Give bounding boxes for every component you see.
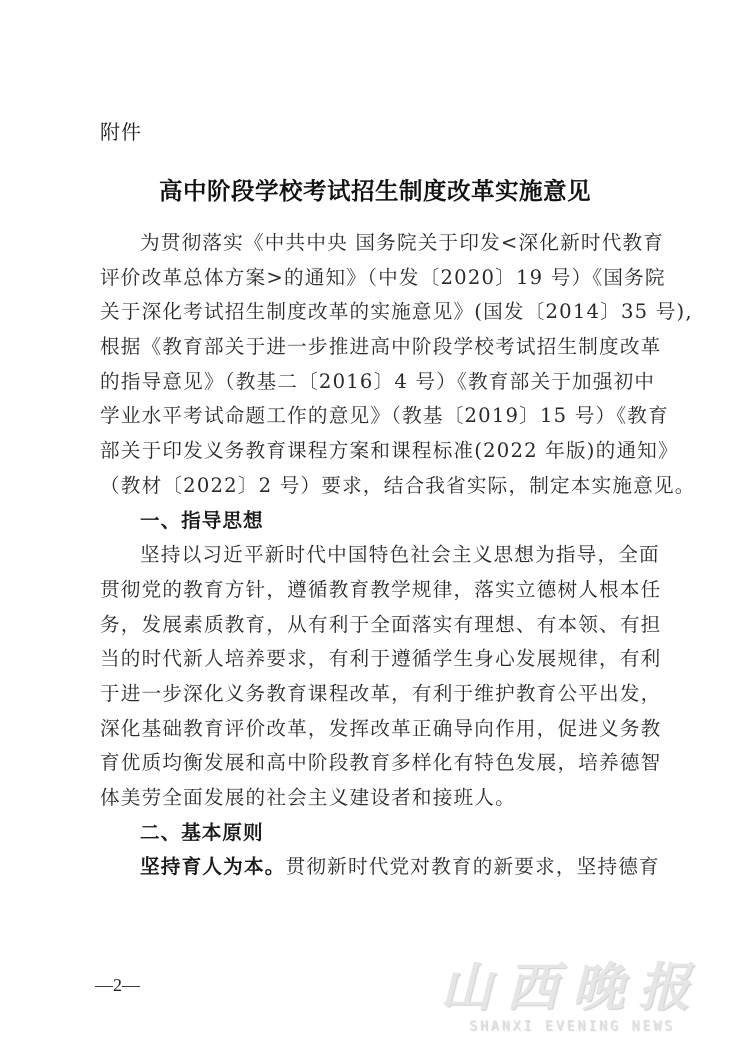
intro-line: 关于深化考试招生制度改革的实施意见》(国发〔2014〕35 号),: [100, 295, 645, 330]
document-body: 为贯彻落实《中共中央 国务院关于印发<深化新时代教育 评价改革总体方案>的通知》…: [100, 226, 645, 885]
section1-line: 坚持以习近平新时代中国特色社会主义思想为指导，全面: [100, 538, 645, 573]
watermark-logo-text: 山西晚报: [422, 958, 722, 1018]
newspaper-watermark: 山西晚报 SHANXI EVENING NEWS: [422, 958, 722, 1036]
principle-lead-bold: 坚持育人为本。: [140, 855, 286, 878]
section-heading-basic-principles: 二、基本原则: [100, 816, 645, 851]
attachment-label: 附件: [100, 116, 142, 145]
section1-line: 深化基础教育评价改革，发挥改革正确导向作用，促进义务教: [100, 712, 645, 747]
watermark-subtitle: SHANXI EVENING NEWS: [422, 1018, 722, 1036]
section1-line: 贯彻党的教育方针，遵循教育教学规律，落实立德树人根本任: [100, 573, 645, 608]
intro-line: 学业水平考试命题工作的意见》（教基〔2019〕15 号）《教育: [100, 399, 645, 434]
section1-line: 于进一步深化义务教育课程改革，有利于维护教育公平出发，: [100, 677, 645, 712]
intro-line: 根据《教育部关于进一步推进高中阶段学校考试招生制度改革: [100, 330, 645, 365]
principle-lead-text: 贯彻新时代党对教育的新要求，坚持德育: [286, 855, 660, 878]
page-number: —2—: [95, 975, 140, 996]
section1-line: 务，发展素质教育，从有利于全面落实有理想、有本领、有担: [100, 608, 645, 643]
intro-line: 评价改革总体方案>的通知》（中发〔2020〕19 号）《国务院: [100, 261, 645, 296]
intro-line: 的指导意见》（教基二〔2016〕4 号）《教育部关于加强初中: [100, 365, 645, 400]
section1-line: 育优质均衡发展和高中阶段教育多样化有特色发展，培养德智: [100, 746, 645, 781]
intro-line: 为贯彻落实《中共中央 国务院关于印发<深化新时代教育: [100, 226, 645, 261]
section1-line: 体美劳全面发展的社会主义建设者和接班人。: [100, 781, 645, 816]
section1-line: 当的时代新人培养要求，有利于遵循学生身心发展规律，有利: [100, 642, 645, 677]
intro-line: （教材〔2022〕2 号）要求，结合我省实际，制定本实施意见。: [100, 469, 645, 504]
section-heading-guiding-ideology: 一、指导思想: [100, 504, 645, 539]
document-title: 高中阶段学校考试招生制度改革实施意见: [0, 172, 750, 206]
document-page: 附件 高中阶段学校考试招生制度改革实施意见 为贯彻落实《中共中央 国务院关于印发…: [0, 0, 750, 1063]
intro-line: 部关于印发义务教育课程方案和课程标准(2022 年版)的通知》: [100, 434, 645, 469]
section2-line: 坚持育人为本。贯彻新时代党对教育的新要求，坚持德育: [100, 850, 645, 885]
